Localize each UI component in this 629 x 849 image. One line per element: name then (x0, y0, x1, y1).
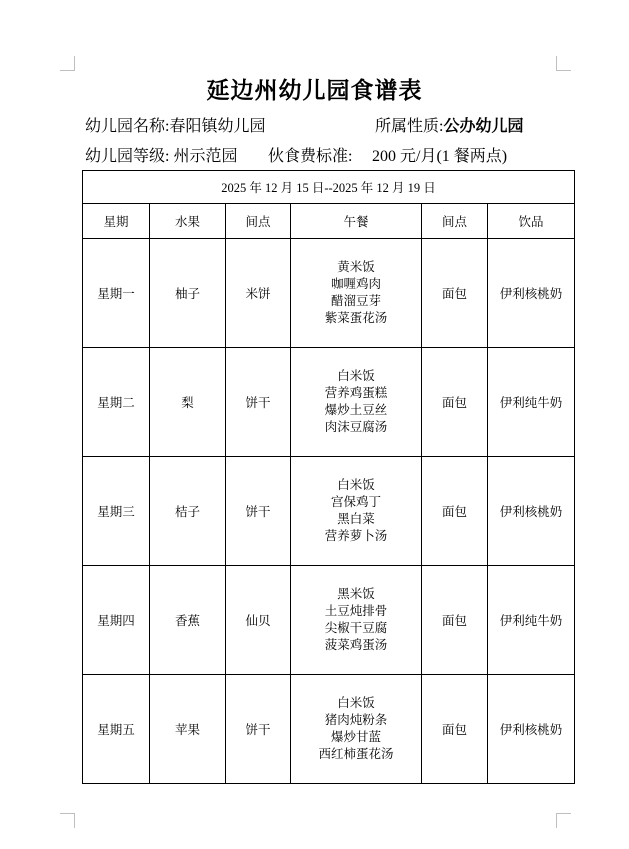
lunch-item: 宫保鸡丁 (291, 494, 421, 511)
menu-table: 2025 年 12 月 15 日--2025 年 12 月 19 日 星期 水果… (82, 170, 575, 784)
lunch-item: 爆炒土豆丝 (291, 402, 421, 419)
kindergarten-name-value: 春阳镇幼儿园 (169, 118, 265, 135)
header-lunch: 午餐 (291, 204, 422, 239)
lunch-item: 土豆炖排骨 (291, 603, 421, 620)
lunch-item: 尖椒干豆腐 (291, 620, 421, 637)
lunch-item: 黑米饭 (291, 586, 421, 603)
day-cell: 星期二 (83, 348, 150, 457)
afternoon-snack-cell: 面包 (422, 675, 488, 784)
drink-cell: 伊利核桃奶 (488, 457, 575, 566)
lunch-item: 爆炒甘蓝 (291, 729, 421, 746)
lunch-item: 菠菜鸡蛋汤 (291, 637, 421, 654)
lunch-cell: 黑米饭 土豆炖排骨 尖椒干豆腐 菠菜鸡蛋汤 (291, 566, 422, 675)
header-fruit: 水果 (150, 204, 226, 239)
lunch-item: 营养萝卜汤 (291, 528, 421, 545)
day-cell: 星期三 (83, 457, 150, 566)
header-afternoon-snack: 间点 (422, 204, 488, 239)
lunch-item: 白米饭 (291, 477, 421, 494)
lunch-item: 黄米饭 (291, 259, 421, 276)
lunch-item: 肉沫豆腐汤 (291, 419, 421, 436)
page-corner-mark-top-left (60, 56, 75, 71)
lunch-cell: 白米饭 营养鸡蛋糕 爆炒土豆丝 肉沫豆腐汤 (291, 348, 422, 457)
header-morning-snack: 间点 (226, 204, 291, 239)
page-corner-mark-bottom-right (556, 813, 571, 828)
morning-snack-cell: 饼干 (226, 457, 291, 566)
fruit-cell: 梨 (150, 348, 226, 457)
date-range-cell: 2025 年 12 月 15 日--2025 年 12 月 19 日 (83, 171, 575, 204)
lunch-item: 白米饭 (291, 368, 421, 385)
lunch-item: 黑白菜 (291, 511, 421, 528)
meal-fee-value: 200 元/月(1 餐两点) (372, 143, 507, 166)
kindergarten-grade-value: 州示范园 (173, 148, 237, 165)
morning-snack-cell: 米饼 (226, 239, 291, 348)
page-corner-mark-top-right (556, 56, 571, 71)
day-cell: 星期四 (83, 566, 150, 675)
meal-fee-label: 伙食费标准: (268, 143, 352, 166)
lunch-item: 营养鸡蛋糕 (291, 385, 421, 402)
ownership-type-label: 所属性质: (375, 118, 443, 135)
lunch-item: 醋溜豆芽 (291, 293, 421, 310)
morning-snack-cell: 饼干 (226, 675, 291, 784)
lunch-item: 白米饭 (291, 695, 421, 712)
drink-cell: 伊利纯牛奶 (488, 348, 575, 457)
lunch-item: 咖喱鸡肉 (291, 276, 421, 293)
ownership-type-field: 所属性质:公办幼儿园 (375, 113, 523, 136)
lunch-item: 紫菜蛋花汤 (291, 310, 421, 327)
afternoon-snack-cell: 面包 (422, 457, 488, 566)
ownership-type-value: 公办幼儿园 (443, 118, 523, 135)
lunch-cell: 白米饭 宫保鸡丁 黑白菜 营养萝卜汤 (291, 457, 422, 566)
menu-row-wednesday: 星期三 桔子 饼干 白米饭 宫保鸡丁 黑白菜 营养萝卜汤 面包 伊利核桃奶 (83, 457, 575, 566)
lunch-item: 猪肉炖粉条 (291, 712, 421, 729)
page-title: 延边州幼儿园食谱表 (0, 72, 629, 105)
kindergarten-grade-field: 幼儿园等级: 州示范园 (85, 143, 237, 166)
kindergarten-name-label: 幼儿园名称: (85, 118, 169, 135)
day-cell: 星期五 (83, 675, 150, 784)
menu-row-thursday: 星期四 香蕉 仙贝 黑米饭 土豆炖排骨 尖椒干豆腐 菠菜鸡蛋汤 面包 伊利纯牛奶 (83, 566, 575, 675)
drink-cell: 伊利纯牛奶 (488, 566, 575, 675)
header-drink: 饮品 (488, 204, 575, 239)
kindergarten-grade-label: 幼儿园等级: (85, 148, 169, 165)
lunch-cell: 黄米饭 咖喱鸡肉 醋溜豆芽 紫菜蛋花汤 (291, 239, 422, 348)
drink-cell: 伊利核桃奶 (488, 239, 575, 348)
day-cell: 星期一 (83, 239, 150, 348)
morning-snack-cell: 饼干 (226, 348, 291, 457)
header-row: 星期 水果 间点 午餐 间点 饮品 (83, 204, 575, 239)
menu-row-friday: 星期五 苹果 饼干 白米饭 猪肉炖粉条 爆炒甘蓝 西红柿蛋花汤 面包 伊利核桃奶 (83, 675, 575, 784)
fruit-cell: 香蕉 (150, 566, 226, 675)
page-corner-mark-bottom-left (60, 813, 75, 828)
morning-snack-cell: 仙贝 (226, 566, 291, 675)
afternoon-snack-cell: 面包 (422, 566, 488, 675)
fruit-cell: 柚子 (150, 239, 226, 348)
afternoon-snack-cell: 面包 (422, 348, 488, 457)
drink-cell: 伊利核桃奶 (488, 675, 575, 784)
fruit-cell: 苹果 (150, 675, 226, 784)
kindergarten-name-field: 幼儿园名称:春阳镇幼儿园 (85, 113, 265, 136)
lunch-cell: 白米饭 猪肉炖粉条 爆炒甘蓝 西红柿蛋花汤 (291, 675, 422, 784)
header-day: 星期 (83, 204, 150, 239)
lunch-item: 西红柿蛋花汤 (291, 746, 421, 763)
document-page: { "document": { "title": "延边州幼儿园食谱表", "i… (0, 0, 629, 849)
fruit-cell: 桔子 (150, 457, 226, 566)
menu-row-monday: 星期一 柚子 米饼 黄米饭 咖喱鸡肉 醋溜豆芽 紫菜蛋花汤 面包 伊利核桃奶 (83, 239, 575, 348)
menu-row-tuesday: 星期二 梨 饼干 白米饭 营养鸡蛋糕 爆炒土豆丝 肉沫豆腐汤 面包 伊利纯牛奶 (83, 348, 575, 457)
date-range-row: 2025 年 12 月 15 日--2025 年 12 月 19 日 (83, 171, 575, 204)
afternoon-snack-cell: 面包 (422, 239, 488, 348)
